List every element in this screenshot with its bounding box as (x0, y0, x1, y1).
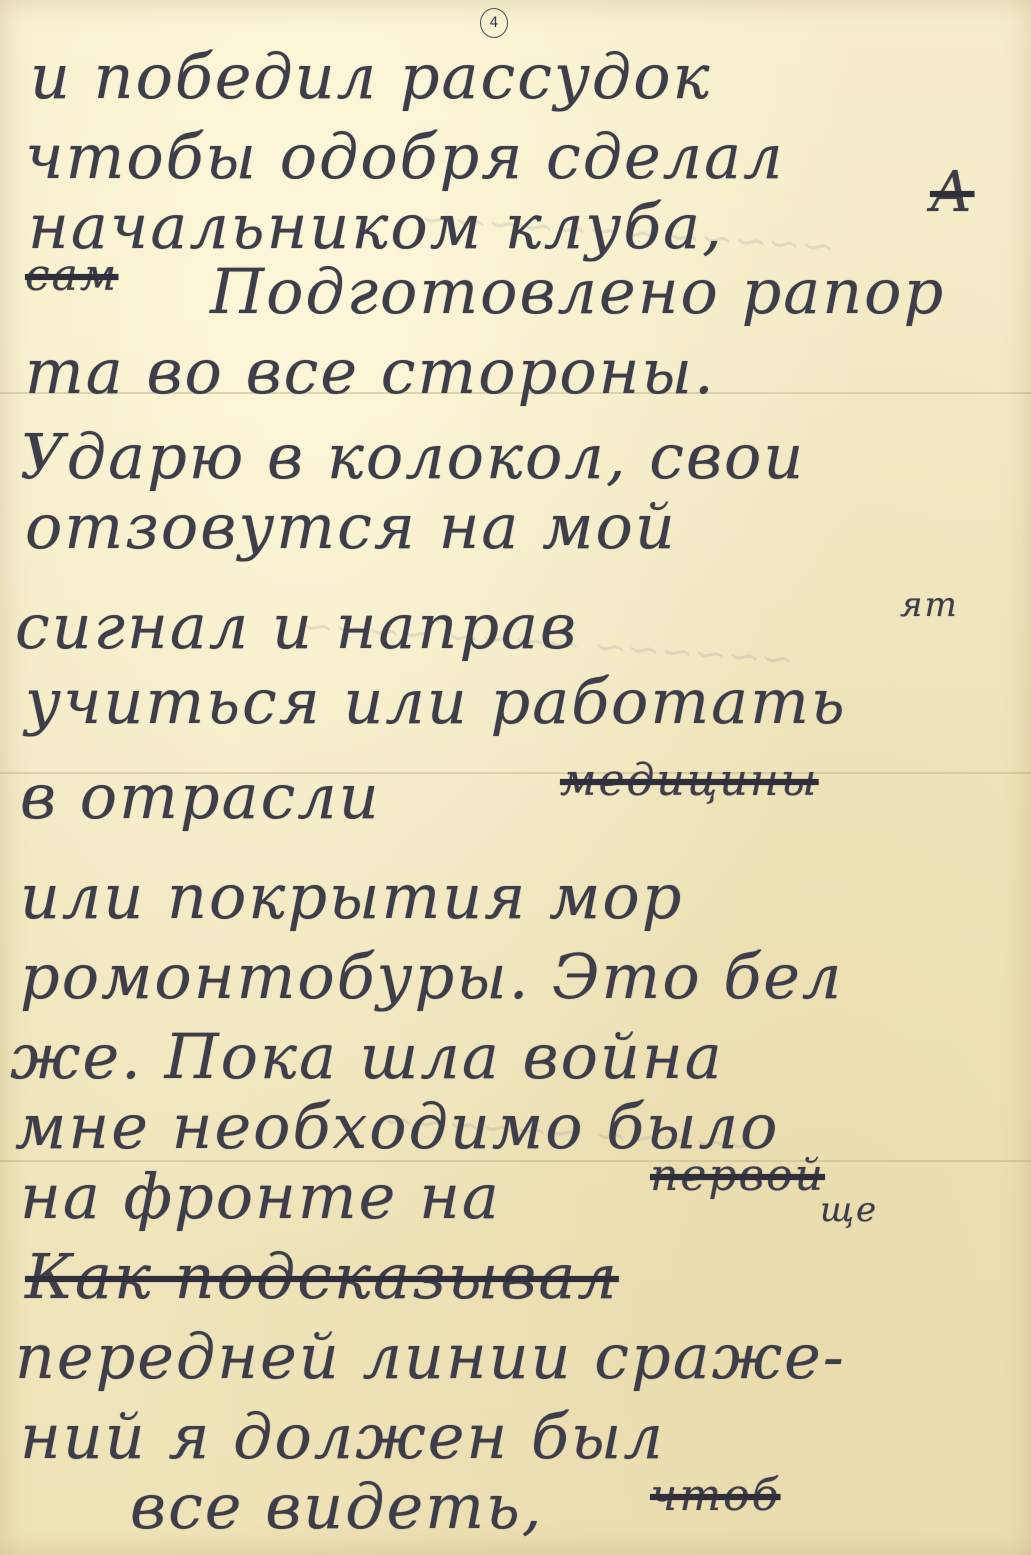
handwritten-word: ят (900, 585, 959, 625)
handwritten-line: та во все стороны. (25, 335, 716, 408)
handwritten-line: все видеть, (130, 1470, 543, 1543)
handwritten-word: ще (820, 1190, 878, 1230)
handwritten-line: начальником клуба, (28, 190, 724, 263)
page-number: 4 (480, 8, 508, 38)
handwritten-line: сигнал и направ (15, 590, 578, 663)
struck-word: медицины (560, 755, 819, 806)
struck-word: А (930, 160, 974, 225)
handwritten-line: Ударю в колокол, свои (20, 420, 805, 493)
handwritten-line: же. Пока шла война (10, 1020, 724, 1093)
handwritten-line: и победил рассудок (30, 40, 712, 113)
handwritten-line: Подготовлено рапор (210, 255, 945, 328)
handwritten-line: чтобы одобря сделал (25, 120, 785, 193)
struck-word: первой (650, 1150, 825, 1201)
struck-word: чтоб (650, 1470, 780, 1521)
handwritten-line: на фронте на (20, 1160, 501, 1233)
handwritten-line: передней линии сраже- (15, 1320, 846, 1393)
handwritten-line: в отрасли (20, 760, 381, 833)
struck-line: Как подсказывал (25, 1240, 619, 1313)
handwritten-line: ромонтобуры. Это бел (20, 940, 843, 1013)
manuscript-page: ~~~~~ ~~~~~~~ ~~~~~~ ~~~~ ~~~~ ~~~~~ ~~~… (0, 0, 1031, 1555)
struck-word: сам (25, 250, 118, 301)
handwritten-line: отзовутся на мой (25, 490, 677, 563)
handwritten-line: или покрытия мор (20, 860, 683, 933)
handwritten-line: ний я должен был (20, 1400, 665, 1473)
handwritten-line: учиться или работать (25, 665, 847, 738)
